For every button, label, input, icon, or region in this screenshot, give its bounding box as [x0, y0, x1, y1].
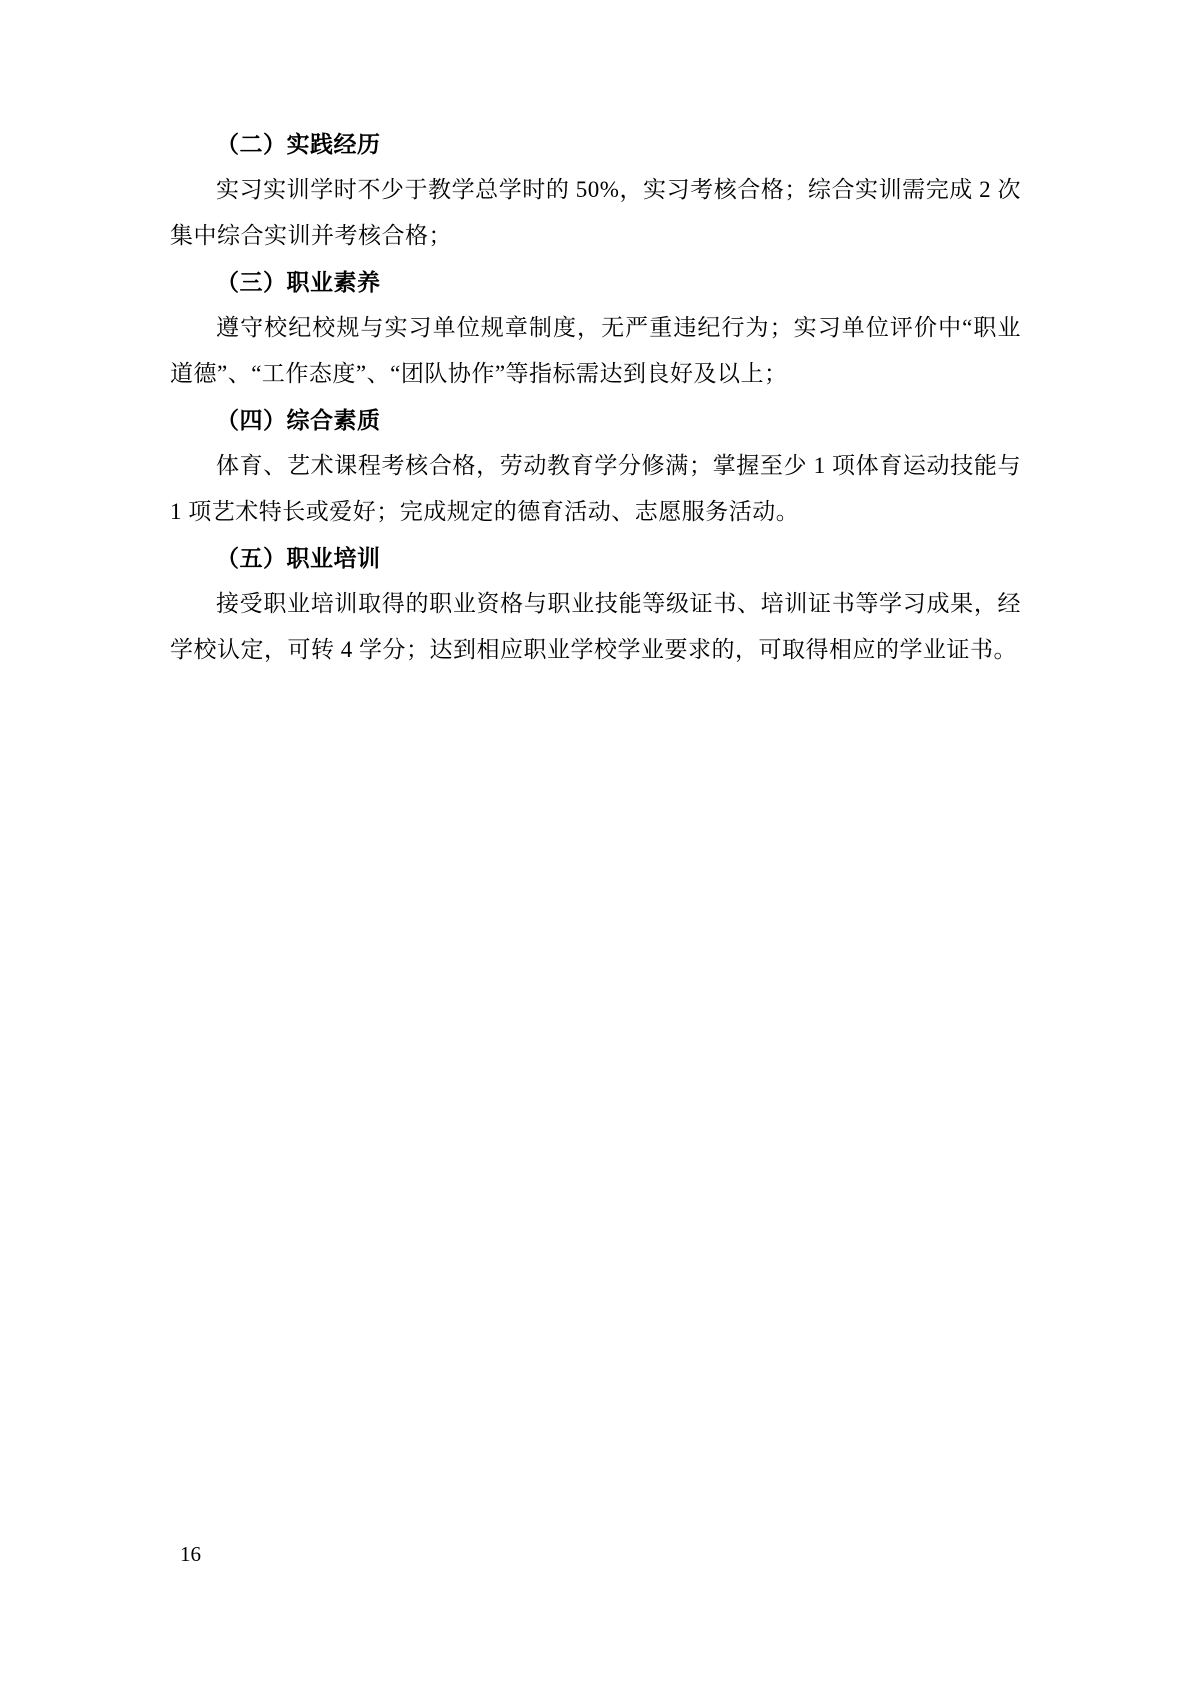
- page-footer: 16: [180, 1542, 201, 1567]
- document-page: （二）实践经历 实习实训学时不少于教学总学时的 50%，实习考核合格；综合实训需…: [0, 0, 1191, 1684]
- section-paragraph: 遵守校纪校规与实习单位规章制度，无严重违纪行为；实习单位评价中“职业道德”、“工…: [170, 305, 1021, 397]
- section-heading: （五）职业培训: [170, 535, 1021, 581]
- section-comprehensive-quality: （四）综合素质 体育、艺术课程考核合格，劳动教育学分修满；掌握至少 1 项体育运…: [170, 397, 1021, 535]
- section-heading: （四）综合素质: [170, 397, 1021, 443]
- page-number: 16: [180, 1542, 201, 1566]
- section-heading: （二）实践经历: [170, 121, 1021, 167]
- section-practice-experience: （二）实践经历 实习实训学时不少于教学总学时的 50%，实习考核合格；综合实训需…: [170, 121, 1021, 259]
- section-heading: （三）职业素养: [170, 259, 1021, 305]
- section-vocational-training: （五）职业培训 接受职业培训取得的职业资格与职业技能等级证书、培训证书等学习成果…: [170, 535, 1021, 673]
- document-content: （二）实践经历 实习实训学时不少于教学总学时的 50%，实习考核合格；综合实训需…: [170, 121, 1021, 673]
- section-paragraph: 体育、艺术课程考核合格，劳动教育学分修满；掌握至少 1 项体育运动技能与 1 项…: [170, 443, 1021, 535]
- section-paragraph: 接受职业培训取得的职业资格与职业技能等级证书、培训证书等学习成果，经学校认定，可…: [170, 581, 1021, 673]
- section-paragraph: 实习实训学时不少于教学总学时的 50%，实习考核合格；综合实训需完成 2 次集中…: [170, 167, 1021, 259]
- section-professional-quality: （三）职业素养 遵守校纪校规与实习单位规章制度，无严重违纪行为；实习单位评价中“…: [170, 259, 1021, 397]
